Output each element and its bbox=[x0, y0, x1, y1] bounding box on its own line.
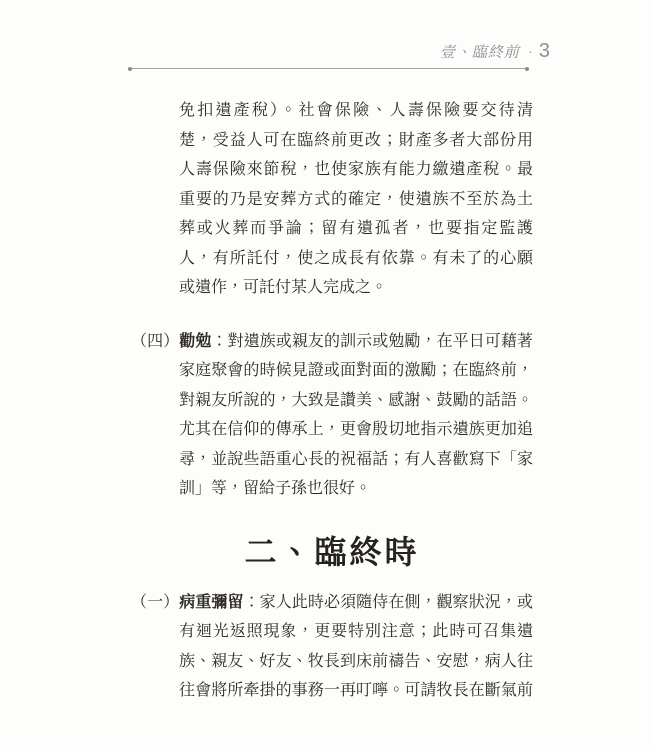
item-one-first-text: 家人此時必須隨侍在側，觀察狀況，或 bbox=[260, 594, 533, 611]
text-line: 往會將所牽掛的事務一再叮嚀。可請牧長在斷氣前 bbox=[179, 676, 533, 706]
text-line: 或遺作，可託付某人完成之。 bbox=[179, 273, 533, 303]
text-line: 重要的乃是安葬方式的確定，使遺族不至於為土 bbox=[179, 185, 533, 215]
item-four-label: 勸勉 bbox=[179, 333, 211, 350]
text-line: 有迴光返照現象，更要特別注意；此時可召集遺 bbox=[179, 617, 533, 647]
text-line: 尋，並說些語重心長的祝福話；有人喜歡寫下「家 bbox=[179, 445, 533, 475]
text-line: 免扣遺產稅）。社會保險、人壽保險要交待清 bbox=[179, 96, 533, 126]
text-line: 人壽保險來節稅，也使家族有能力繳遺產稅。最 bbox=[179, 155, 533, 185]
text-line: 人，有所託付，使之成長有依靠。有未了的心願 bbox=[179, 244, 533, 274]
header-separator-dot: ． bbox=[524, 45, 537, 60]
text-line: 家庭聚會的時候見證或面對面的激勵；在臨終前， bbox=[179, 356, 533, 386]
item-one-first-line: （一）病重彌留：家人此時必須隨侍在側，觀察狀況，或 bbox=[131, 588, 533, 618]
item-four-continuation: 家庭聚會的時候見證或面對面的激勵；在臨終前，對親友所說的，大致是讚美、感謝、鼓勵… bbox=[131, 356, 533, 504]
item-paragraph-one: （一）病重彌留：家人此時必須隨侍在側，觀察狀況，或 有迴光返照現象，更要特別注意… bbox=[131, 588, 533, 706]
book-page: { "header": { "section_title": "壹、臨終前", … bbox=[0, 0, 650, 750]
item-one-colon: ： bbox=[244, 594, 260, 611]
continuation-paragraph: 免扣遺產稅）。社會保險、人壽保險要交待清楚，受益人可在臨終前更改；財產多者大部份… bbox=[131, 96, 533, 303]
item-one-label: 病重彌留 bbox=[179, 594, 243, 611]
item-one-continuation: 有迴光返照現象，更要特別注意；此時可召集遺族、親友、好友、牧長到床前禱告、安慰，… bbox=[131, 617, 533, 706]
item-four-first-text: 對遺族或親友的訓示或勉勵，在平日可藉著 bbox=[228, 333, 533, 350]
item-four-colon: ： bbox=[211, 333, 227, 350]
page-number: 3 bbox=[539, 40, 550, 62]
text-line: 族、親友、好友、牧長到床前禱告、安慰，病人往 bbox=[179, 647, 533, 677]
section-heading: 二、臨終時 bbox=[131, 532, 533, 572]
text-line: 尤其在信仰的傳承上，更會殷切地指示遺族更加追 bbox=[179, 415, 533, 445]
page-body: 免扣遺產稅）。社會保險、人壽保險要交待清楚，受益人可在臨終前更改；財產多者大部份… bbox=[131, 96, 533, 706]
item-one-marker: （一） bbox=[131, 594, 179, 611]
item-four-first-line: （四）勸勉：對遺族或親友的訓示或勉勵，在平日可藉著 bbox=[131, 327, 533, 357]
item-paragraph-four: （四）勸勉：對遺族或親友的訓示或勉勵，在平日可藉著 家庭聚會的時候見證或面對面的… bbox=[131, 327, 533, 504]
text-line: 訓」等，留給子孫也很好。 bbox=[179, 474, 533, 504]
page-header: 壹、臨終前．3 bbox=[440, 40, 550, 64]
item-four-marker: （四） bbox=[131, 333, 179, 350]
text-line: 楚，受益人可在臨終前更改；財產多者大部份用 bbox=[179, 126, 533, 156]
header-rule bbox=[130, 68, 527, 69]
text-line: 對親友所說的，大致是讚美、感謝、鼓勵的話語。 bbox=[179, 386, 533, 416]
text-line: 葬或火葬而爭論；留有遺孤者，也要指定監護 bbox=[179, 214, 533, 244]
header-section-title: 壹、臨終前 bbox=[440, 45, 520, 61]
